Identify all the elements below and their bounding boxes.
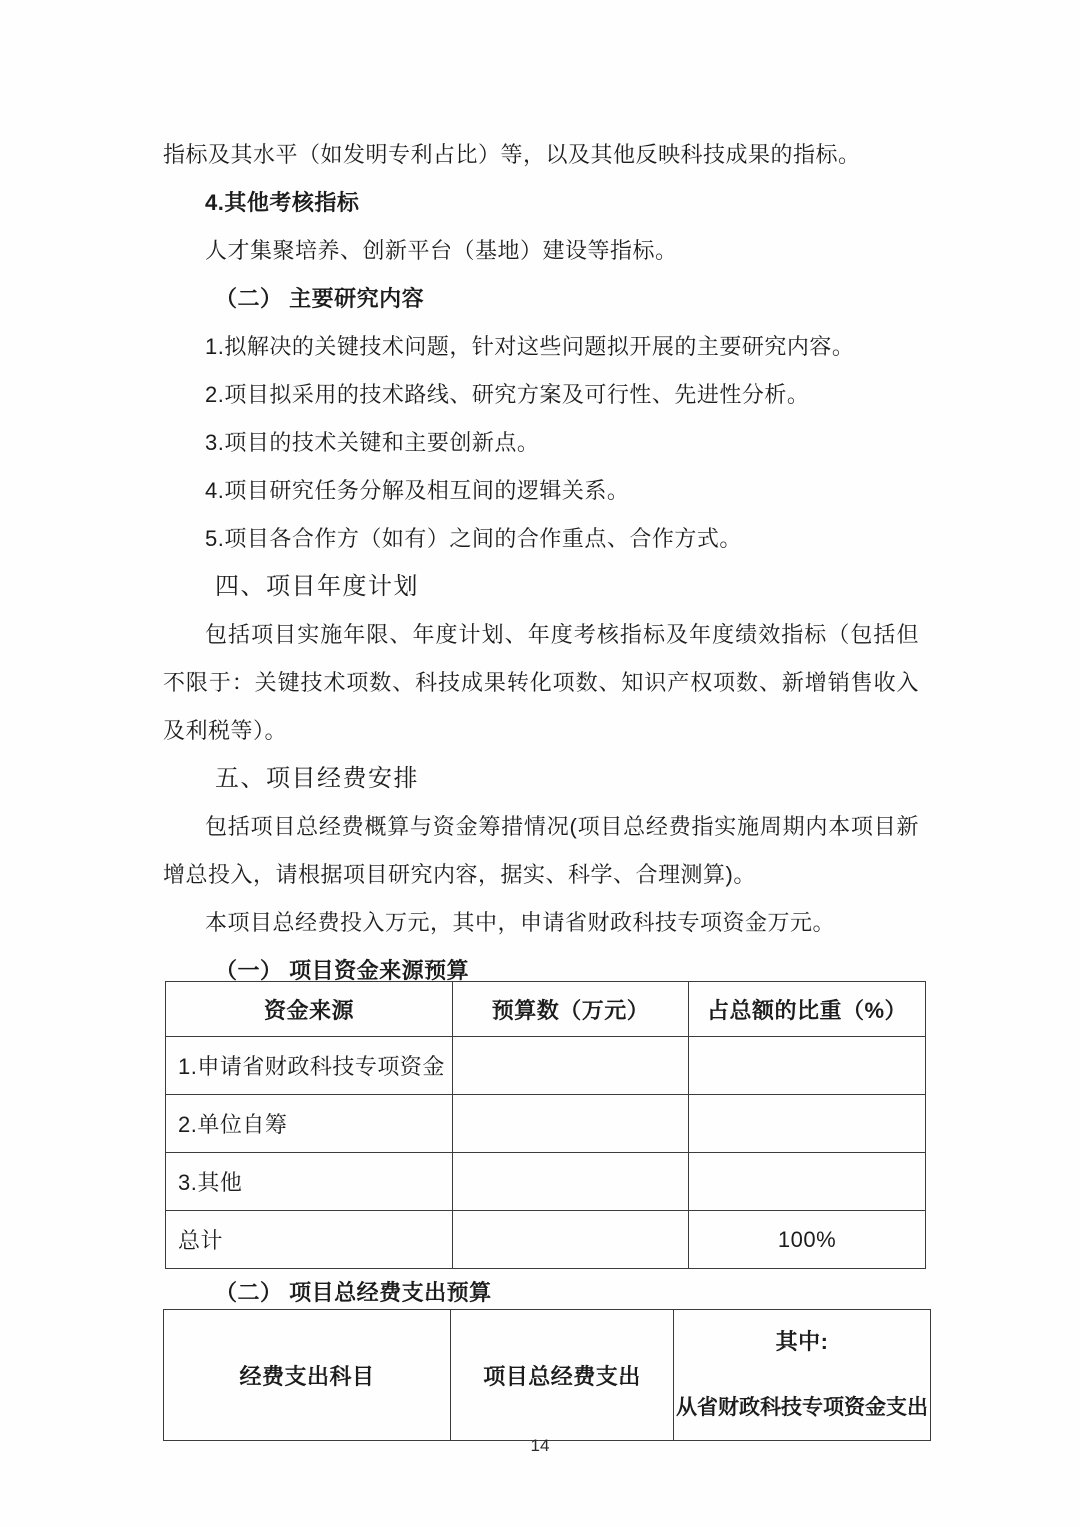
table2-header-category: 经费支出科目 [164, 1310, 451, 1441]
heading-chapter-5: 五、项目经费安排 [163, 755, 919, 803]
table1-row1-share-cell [689, 1037, 926, 1095]
table1-row3-budget-cell [453, 1153, 689, 1211]
heading-other-assessment: 4.其他考核指标 [163, 179, 919, 227]
page-body: 指标及其水平（如发明专利占比）等，以及其他反映科技成果的指标。 4.其他考核指标… [163, 131, 919, 1441]
funding-source-budget-table: 资金来源 预算数（万元） 占总额的比重（%） 1.申请省财政科技专项资金 2.单… [165, 981, 926, 1269]
table2-among-label: 其中: [674, 1327, 930, 1357]
page-number: 14 [0, 1436, 1080, 1456]
table1-header-budget: 预算数（万元） [453, 982, 689, 1037]
table1-row1-budget-cell [453, 1037, 689, 1095]
table-row: 1.申请省财政科技专项资金 [166, 1037, 926, 1095]
table1-row2-budget-cell [453, 1095, 689, 1153]
table1-row2-share-cell [689, 1095, 926, 1153]
paragraph-annual-plan: 包括项目实施年限、年度计划、年度考核指标及年度绩效指标（包括但不限于：关键技术项… [163, 611, 919, 755]
paragraph-budget-overview: 包括项目总经费概算与资金筹措情况(项目总经费指实施周期内本项目新增总投入，请根据… [163, 803, 919, 899]
paragraph-talent: 人才集聚培养、创新平台（基地）建设等指标。 [163, 227, 919, 275]
table1-total-budget-cell [453, 1211, 689, 1269]
paragraph-total-investment: 本项目总经费投入万元，其中，申请省财政科技专项资金万元。 [163, 899, 919, 947]
document-page: 指标及其水平（如发明专利占比）等，以及其他反映科技成果的指标。 4.其他考核指标… [0, 0, 1080, 1527]
list-item-4: 4.项目研究任务分解及相互间的逻辑关系。 [163, 467, 919, 515]
table1-row3-share-cell [689, 1153, 926, 1211]
table-row: 3.其他 [166, 1153, 926, 1211]
table2-header-row: 经费支出科目 项目总经费支出 其中: 从省财政科技专项资金支出 [164, 1310, 931, 1441]
table1-total-label: 总计 [166, 1211, 453, 1269]
list-item-1: 1.拟解决的关键技术问题，针对这些问题拟开展的主要研究内容。 [163, 323, 919, 371]
table1-row3-label: 3.其他 [166, 1153, 453, 1211]
list-item-2: 2.项目拟采用的技术路线、研究方案及可行性、先进性分析。 [163, 371, 919, 419]
table1-row2-label: 2.单位自筹 [166, 1095, 453, 1153]
table-row-total: 总计 100% [166, 1211, 926, 1269]
table2-among-detail: 从省财政科技专项资金支出 [674, 1393, 930, 1423]
paragraph-indicators: 指标及其水平（如发明专利占比）等，以及其他反映科技成果的指标。 [163, 131, 919, 179]
table1-total-share-cell: 100% [689, 1211, 926, 1269]
table1-row1-label: 1.申请省财政科技专项资金 [166, 1037, 453, 1095]
list-item-5: 5.项目各合作方（如有）之间的合作重点、合作方式。 [163, 515, 919, 563]
heading-main-research: （二） 主要研究内容 [163, 275, 919, 323]
list-item-3: 3.项目的技术关键和主要创新点。 [163, 419, 919, 467]
heading-chapter-4: 四、项目年度计划 [163, 563, 919, 611]
table-row: 2.单位自筹 [166, 1095, 926, 1153]
expense-budget-table: 经费支出科目 项目总经费支出 其中: 从省财政科技专项资金支出 [163, 1309, 931, 1441]
table2-header-special-fund: 其中: 从省财政科技专项资金支出 [674, 1310, 931, 1441]
table1-header-share: 占总额的比重（%） [689, 982, 926, 1037]
table2-header-total-expense: 项目总经费支出 [451, 1310, 674, 1441]
